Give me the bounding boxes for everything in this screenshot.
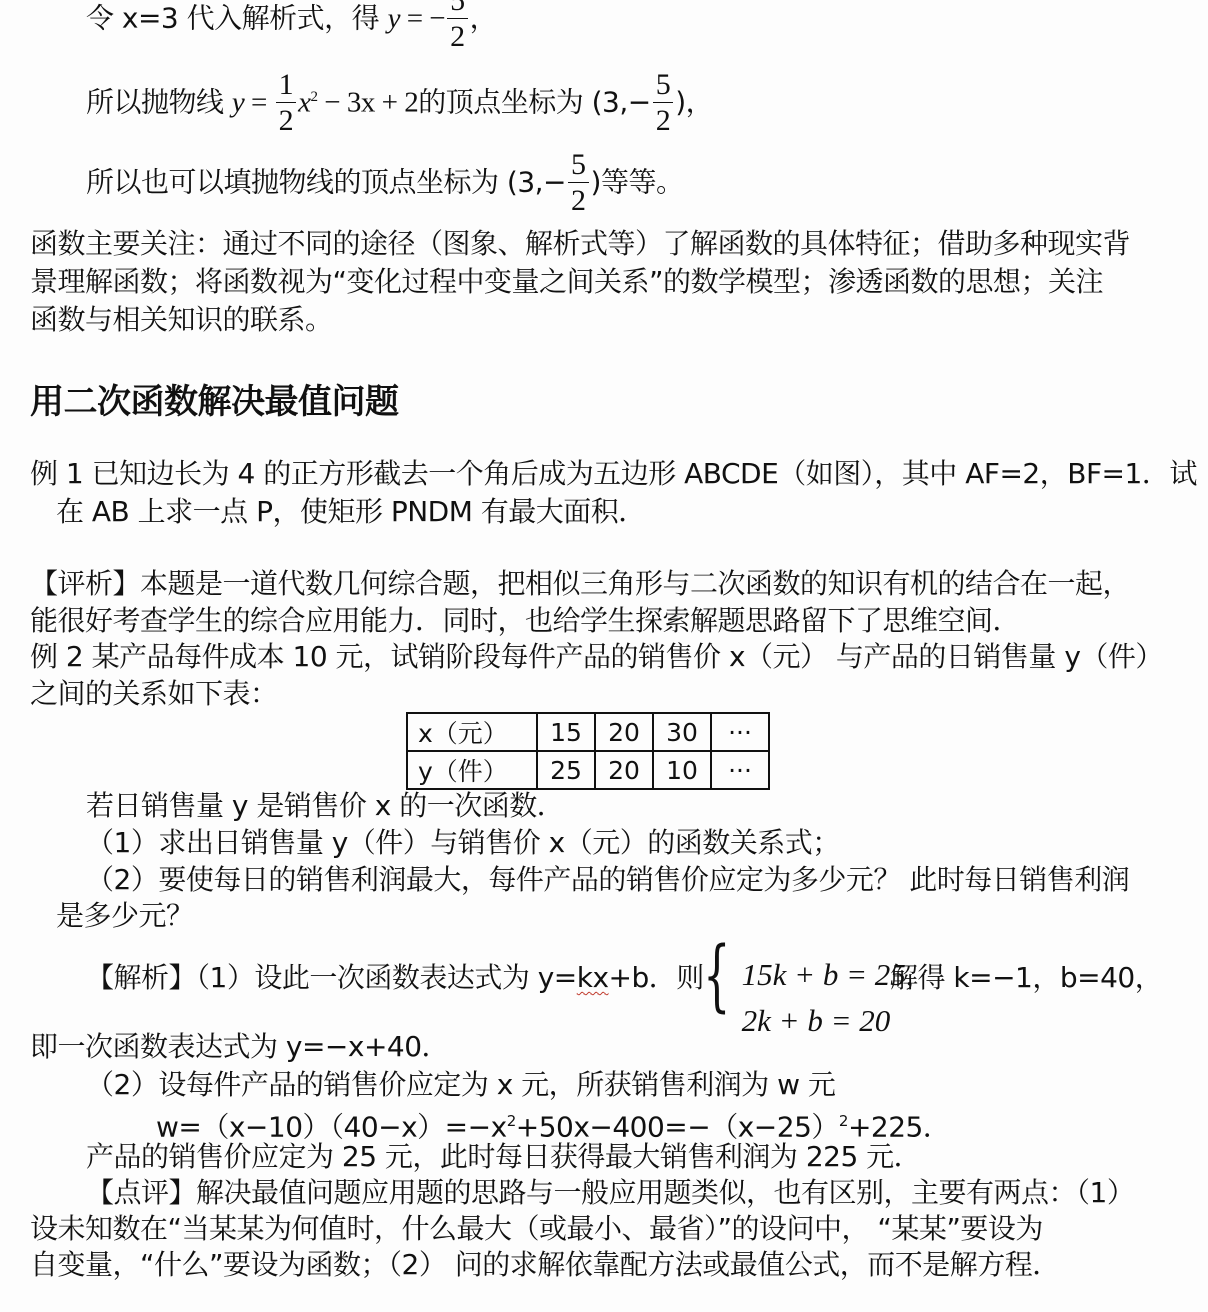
- text: ，: [470, 2, 498, 35]
- brace-icon: {: [703, 937, 730, 1015]
- solution-part1-line: 【解析】（1）设此一次函数表达式为 y=kx+b．则: [86, 960, 704, 996]
- table-cell: ···: [711, 751, 769, 789]
- text: 所以也可以填抛物线的顶点坐标为 (3,−: [86, 166, 566, 199]
- text: 【解析】（1）设此一次函数表达式为 y=: [86, 961, 577, 994]
- fraction: 52: [447, 0, 468, 55]
- math-eq: =: [244, 87, 273, 119]
- table-row-x: x（元） 15 20 30 ···: [407, 713, 769, 751]
- table-cell: 30: [653, 713, 711, 751]
- text: 令 x=3 代入解析式，得: [86, 2, 388, 35]
- exponent: 2: [311, 89, 318, 105]
- vertex-substitution-line: 令 x=3 代入解析式，得 y = −52，: [86, 0, 497, 55]
- text: )等等。: [591, 166, 684, 199]
- fraction: 12: [276, 68, 297, 139]
- math-var: y: [232, 87, 244, 119]
- question-1: （1）求出日销售量 y（件）与销售价 x（元）的函数关系式；: [86, 825, 840, 861]
- table-cell: 20: [595, 751, 653, 789]
- equation-system: {15k + b = 25,2k + b = 20: [692, 937, 914, 1044]
- table-row-y: y（件） 25 20 10 ···: [407, 751, 769, 789]
- fraction: 52: [653, 68, 674, 139]
- summary-line-2: 景理解函数；将函数视为“变化过程中变量之间关系”的数学模型；渗透函数的思想；关注: [30, 264, 1103, 300]
- summary-line-1: 函数主要关注：通过不同的途径（图象、解析式等）了解函数的具体特征；借助多种现实背: [30, 226, 1130, 262]
- denominator: 2: [447, 19, 468, 55]
- table-header-cell: y（件）: [407, 751, 537, 789]
- table-cell: 10: [653, 751, 711, 789]
- review-line-3: 自变量，“什么”要设为函数；（2） 问的求解依靠配方法或最值公式，而不是解方程．: [30, 1247, 1060, 1283]
- question-2-line-2: 是多少元？: [56, 898, 194, 934]
- denominator: 2: [653, 103, 674, 139]
- question-2-line-1: （2）要使每日的销售利润最大，每件产品的销售价应定为多少元？ 此时每日销售利润: [86, 862, 1129, 898]
- review-line-1: 【点评】解决最值问题应用题的思路与一般应用题类似，也有区别，主要有两点：（1）: [86, 1175, 1134, 1211]
- spellcheck-underlined-text: kx: [577, 961, 609, 994]
- equation-lines: 15k + b = 25,2k + b = 20: [742, 952, 914, 1044]
- table-cell: ···: [711, 713, 769, 751]
- table-cell: 15: [537, 713, 595, 751]
- table-cell: 20: [595, 713, 653, 751]
- price-sales-table: x（元） 15 20 30 ··· y（件） 25 20 10 ···: [406, 712, 770, 790]
- table-cell: 25: [537, 751, 595, 789]
- math-var: x: [298, 87, 310, 119]
- solution-conclusion: 产品的销售价应定为 25 元，此时每日获得最大销售利润为 225 元．: [86, 1139, 921, 1175]
- numerator: 5: [568, 148, 589, 183]
- section-heading: 用二次函数解决最值问题: [30, 374, 399, 423]
- example1-line-2: 在 AB 上求一点 P，使矩形 PNDM 有最大面积．: [56, 494, 646, 530]
- math-eq: = −: [400, 3, 445, 35]
- table-header-cell: x（元）: [407, 713, 537, 751]
- parabola-vertex-line: 所以抛物线 y = 12x2 − 3x + 2的顶点坐标为 (3,−52)，: [86, 68, 713, 139]
- analysis1-line-1: 【评析】本题是一道代数几何综合题，把相似三角形与二次函数的知识有机的结合在一起，: [30, 566, 1130, 602]
- numerator: 5: [447, 0, 468, 19]
- text: +b．则: [609, 961, 704, 994]
- text: )，: [675, 86, 713, 119]
- summary-line-3: 函数与相关知识的联系。: [30, 302, 333, 338]
- text: 所以抛物线: [86, 86, 232, 119]
- numerator: 5: [653, 68, 674, 103]
- equation-1: 15k + b = 25,: [742, 952, 914, 998]
- denominator: 2: [568, 183, 589, 219]
- solution-result: 解得 k=−1，b=40，: [890, 960, 1162, 996]
- solution-part2-line-1: （2）设每件产品的销售价应定为 x 元，所获销售利润为 w 元: [86, 1067, 835, 1103]
- analysis1-line-2: 能很好考查学生的综合应用能力．同时，也给学生探索解题思路留下了思维空间．: [30, 603, 1020, 639]
- text: 的顶点坐标为 (3,−: [418, 86, 651, 119]
- exponent: 2: [839, 1112, 848, 1130]
- solution-function: 即一次函数表达式为 y=−x+40．: [30, 1029, 449, 1065]
- example1-line-1: 例 1 已知边长为 4 的正方形截去一个角后成为五边形 ABCDE（如图），其中…: [30, 456, 1197, 492]
- fraction: 52: [568, 148, 589, 219]
- condition-linear: 若日销售量 y 是销售价 x 的一次函数．: [86, 788, 564, 824]
- math-expr: − 3x + 2: [318, 87, 419, 119]
- example2-line-1: 例 2 某产品每件成本 10 元，试销阶段每件产品的销售价 x（元） 与产品的日…: [30, 639, 1163, 675]
- example2-line-2: 之间的关系如下表：: [30, 676, 278, 712]
- numerator: 1: [276, 68, 297, 103]
- math-var: y: [388, 3, 400, 35]
- review-line-2: 设未知数在“当某某为何值时，什么最大（或最小、最省）”的设问中， “某某”要设为: [30, 1211, 1043, 1247]
- exponent: 2: [507, 1112, 516, 1130]
- denominator: 2: [276, 103, 297, 139]
- equation-2: 2k + b = 20: [742, 998, 914, 1044]
- vertex-alt-line: 所以也可以填抛物线的顶点坐标为 (3,−52)等等。: [86, 148, 683, 219]
